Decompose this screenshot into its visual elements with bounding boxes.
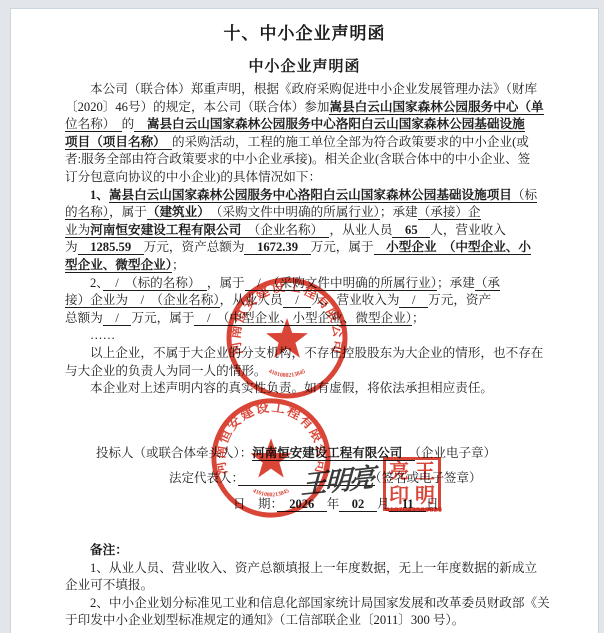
name-seal-char: 亮 [389,461,409,483]
text-line: 者:服务全部由符合政策要求的中小企业承接)。相关企业(含联合体中的中小企业、签 [65,151,557,169]
star-icon [266,318,308,358]
text-run: 的采购活动，工程的施工单位全部为符合政策要求的中小企业(或 [172,135,529,149]
text-run: 型企业、微型企业） [65,258,172,273]
text-run: 02 [339,497,377,512]
text-run: 的名称） [65,205,109,220]
text-run: （标 [512,188,537,203]
text-run: 65 [392,223,430,238]
text-run: 为 [65,240,78,254]
company-seal-stamp-upper: 河南恒安建设工程有限公司 4101080213845 [222,273,352,403]
text-run [159,135,172,150]
text-run: （承接）企 [418,205,481,220]
text-line: 企业可不填报。 [65,577,557,595]
text-run: （建筑业） [147,205,204,220]
text-run: / [128,293,157,308]
text-run: （企业名称） [241,223,329,238]
text-line: 的名称），属于（建筑业） （采购文件中明确的所属行业）；承建（承接）企 [65,204,557,222]
text-run: （企业名称） [157,293,220,308]
text-run: ； [172,258,185,272]
text-run: / [103,311,132,326]
text-run: 嵩县白云山国家森林公园服务中心（单 [329,100,543,115]
text-run: 万元，资产 [428,293,491,307]
text-line: 1、嵩县白云山国家森林公园服务中心洛阳白云山国家森林公园基础设施项目（标 [65,187,557,205]
text-run: 1672.39 [244,240,310,255]
text-run: 小型企业 [374,240,450,255]
name-seal-char: 王 [415,461,435,483]
name-seal-char: 印 [389,485,409,507]
text-run [204,205,217,220]
text-run: 业为 [65,223,90,238]
text-run: / [399,293,428,308]
text-line: 位名称） 的 嵩县白云山国家森林公园服务中心洛阳白云山国家森林公园基础设施 [65,116,557,134]
star-icon [250,438,291,477]
company-seal-stamp-lower: 河南恒安建设工程有限公司 4101080213845 [207,394,335,522]
text-run: 企业可不填报。 [65,578,153,592]
text-line: 型企业、微型企业）； [65,257,557,275]
text-run: 万元，属于 [131,311,194,325]
text-run: 于印发中小企业划型标准规定的通知》（工信部联企业〔2011〕300 号）。 [65,613,464,627]
name-seal-char: 明 [415,485,435,507]
text-run: 位名称） [65,117,122,132]
text-line: 于印发中小企业划型标准规定的通知》（工信部联企业〔2011〕300 号）。 [65,612,557,630]
text-run: …… [90,328,115,342]
section-heading: 十、中小企业声明函 [11,19,598,44]
text-run: 1、从业人员、营业收入、资产总额填报上一年度数据，无上一年度数据的新成立 [90,561,537,575]
text-run: （采购文件中明确的所属行业） [216,205,380,220]
text-line: 项目（项目名称） 的采购活动，工程的施工单位全部为符合政策要求的中小企业(或 [65,134,557,152]
text-run: 的 [122,117,135,131]
text-run: ； [412,311,425,325]
text-line: 订分包意向协议的中小企业)的具体情况如下： [65,169,557,187]
svg-text:4101080213845: 4101080213845 [267,369,306,379]
document-page: 十、中小企业声明函 中小企业声明函 本公司（联合体）郑重声明，根据《政府采购促进… [10,8,599,633]
text-run: 嵩县白云山国家森林公园服务中心洛阳白云山国家森林公园基础设施 [147,117,525,132]
text-run: 万元，资产总额为 [144,240,245,254]
text-run: 1285.59 [78,240,144,255]
text-run: ，从业人员 [329,223,392,237]
text-run: 总额为 [65,311,103,325]
document-title: 中小企业声明函 [11,55,598,76]
text-run: 订分包意向协议的中小企业)的具体情况如下： [65,170,321,184]
text-run: 本公司（联合体）郑重声明，根据《政府采购促进中小企业发展管理办法》（财库 [90,82,537,96]
text-run: 万元，属于 [311,240,374,254]
text-line: 为 1285.59 万元，资产总额为 1672.39 万元，属于 小型企业 （中… [65,239,557,257]
text-run: （中型企业、小 [449,240,531,255]
text-run: ；承建 [437,276,475,290]
text-run: 人，营业收入 [430,223,506,237]
text-run: 者:服务全部由符合政策要求的中小企业承接)。相关企业(含联合体中的中小企业、签 [65,152,530,166]
text-run: （承 [475,276,500,291]
text-line: 2、中小企业划分标准见工业和信息化部国家统计局国家发展和改革委员财政部《关 [65,595,557,613]
text-run: 备注： [90,543,128,557]
text-line: 本公司（联合体）郑重声明，根据《政府采购促进中小企业发展管理办法》（财库 [65,81,557,99]
text-run: / （标的名称） [103,276,207,291]
text-run: ，属于 [109,205,147,219]
text-run: 2、 [90,276,103,290]
text-line: 1、从业人员、营业收入、资产总额填报上一年度数据，无上一年度数据的新成立 [65,560,557,578]
text-run: 〔2020〕46号）的规定，本公司（联合体）参加 [65,100,329,114]
name-seal-serial: 4107043589829 [377,507,451,514]
personal-name-seal: 亮 王 印 明 [383,457,441,511]
text-run: 2、中小企业划分标准见工业和信息化部国家统计局国家发展和改革委员财政部《关 [90,596,550,610]
seal-serial-text: 4101080213845 [252,488,291,498]
text-run: 嵩县白云山国家森林公园服务中心洛阳白云山国家森林公园基础设施项目 [109,188,512,203]
viewer-background: 十、中小企业声明函 中小企业声明函 本公司（联合体）郑重声明，根据《政府采购促进… [0,0,604,633]
notes-section: 备注：1、从业人员、营业收入、资产总额填报上一年度数据，无上一年度数据的新成立企… [65,542,557,630]
text-line: 备注： [65,542,557,560]
text-run: 接）企业为 [65,293,128,308]
text-line: 〔2020〕46号）的规定，本公司（联合体）参加嵩县白云山国家森林公园服务中心（… [65,99,557,117]
text-run: 项目（项目名称） [65,135,159,150]
seal-serial-text: 4101080213845 [267,369,306,379]
text-run: 1、 [90,188,109,202]
svg-text:4101080213845: 4101080213845 [252,488,291,498]
text-run: ；承建 [380,205,418,219]
text-line: 业为河南恒安建设工程有限公司 （企业名称） ，从业人员 65 人，营业收入 [65,222,557,240]
text-run [134,117,147,132]
text-run: 河南恒安建设工程有限公司 [90,223,241,238]
